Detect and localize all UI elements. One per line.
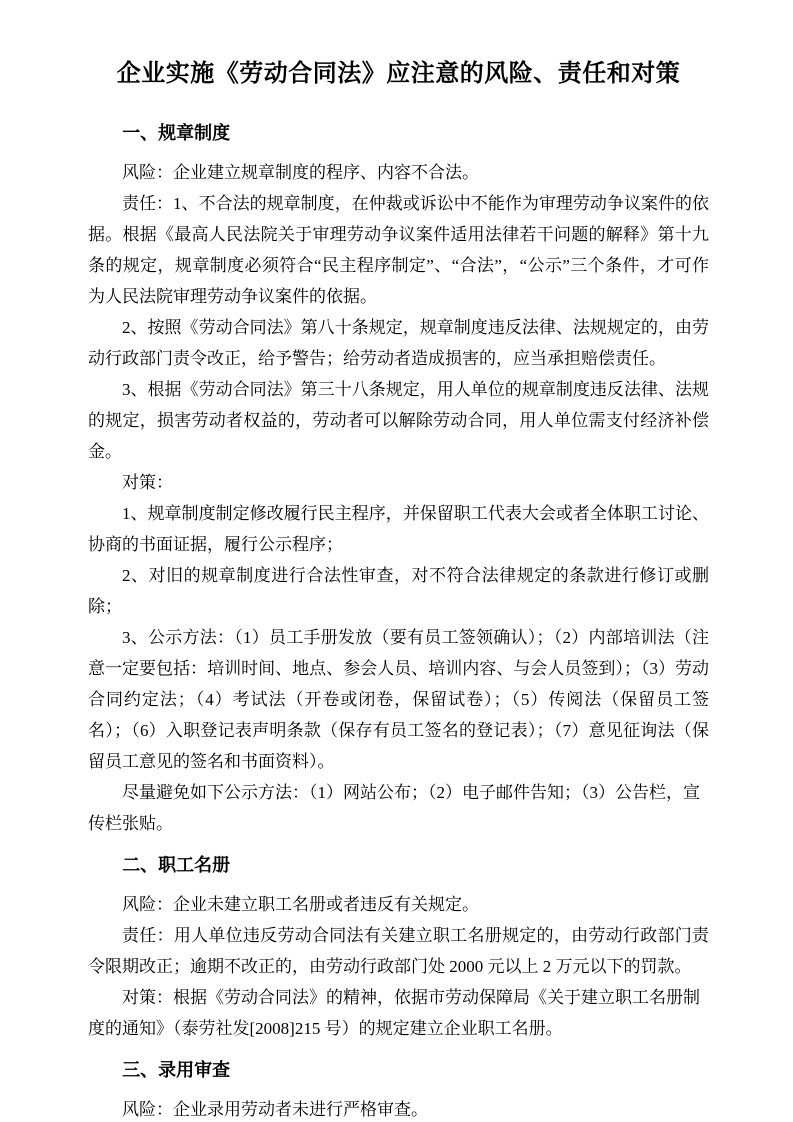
section-hiring-review: 三、录用审查 风险：企业录用劳动者未进行严格审查。 (88, 1055, 709, 1122)
paragraph-risk: 风险：企业录用劳动者未进行严格审查。 (88, 1094, 709, 1122)
paragraph-liability: 责任：用人单位违反劳动合同法有关建立职工名册规定的，由劳动行政部门责令限期改正；… (88, 920, 709, 982)
section-hiring-review-heading: 三、录用审查 (88, 1055, 709, 1086)
document-title: 企业实施《劳动合同法》应注意的风险、责任和对策 (88, 56, 709, 92)
section-rules: 一、规章制度 风险：企业建立规章制度的程序、内容不合法。 责任：1、不合法的规章… (88, 118, 709, 839)
paragraph-avoid-methods: 尽量避免如下公示方法：（1）网站公布；（2）电子邮件告知；（3）公告栏，宣传栏张… (88, 777, 709, 839)
paragraph-liability-1: 责任：1、不合法的规章制度，在仲裁或诉讼中不能作为审理劳动争议案件的依据。根据《… (88, 188, 709, 312)
document-page: 企业实施《劳动合同法》应注意的风险、责任和对策 一、规章制度 风险：企业建立规章… (0, 0, 793, 1122)
paragraph-liability-3: 3、根据《劳动合同法》第三十八条规定，用人单位的规章制度违反法律、法规的规定，损… (88, 374, 709, 467)
section-rules-heading: 一、规章制度 (88, 118, 709, 149)
paragraph-countermeasure-1: 1、规章制度制定修改履行民主程序，并保留职工代表大会或者全体职工讨论、协商的书面… (88, 498, 709, 560)
paragraph-risk: 风险：企业建立规章制度的程序、内容不合法。 (88, 157, 709, 188)
paragraph-countermeasure-2: 2、对旧的规章制度进行合法性审查，对不符合法律规定的条款进行修订或删除； (88, 560, 709, 622)
section-employee-roster: 二、职工名册 风险：企业未建立职工名册或者违反有关规定。 责任：用人单位违反劳动… (88, 850, 709, 1044)
paragraph-countermeasures-label: 对策： (88, 467, 709, 498)
paragraph-risk: 风险：企业未建立职工名册或者违反有关规定。 (88, 889, 709, 920)
paragraph-liability-2: 2、按照《劳动合同法》第八十条规定，规章制度违反法律、法规规定的，由劳动行政部门… (88, 312, 709, 374)
paragraph-countermeasure-3: 3、公示方法：（1）员工手册发放（要有员工签领确认）；（2）内部培训法（注意一定… (88, 622, 709, 777)
paragraph-countermeasure: 对策：根据《劳动合同法》的精神，依据市劳动保障局《关于建立职工名册制度的通知》（… (88, 982, 709, 1044)
section-employee-roster-heading: 二、职工名册 (88, 850, 709, 881)
